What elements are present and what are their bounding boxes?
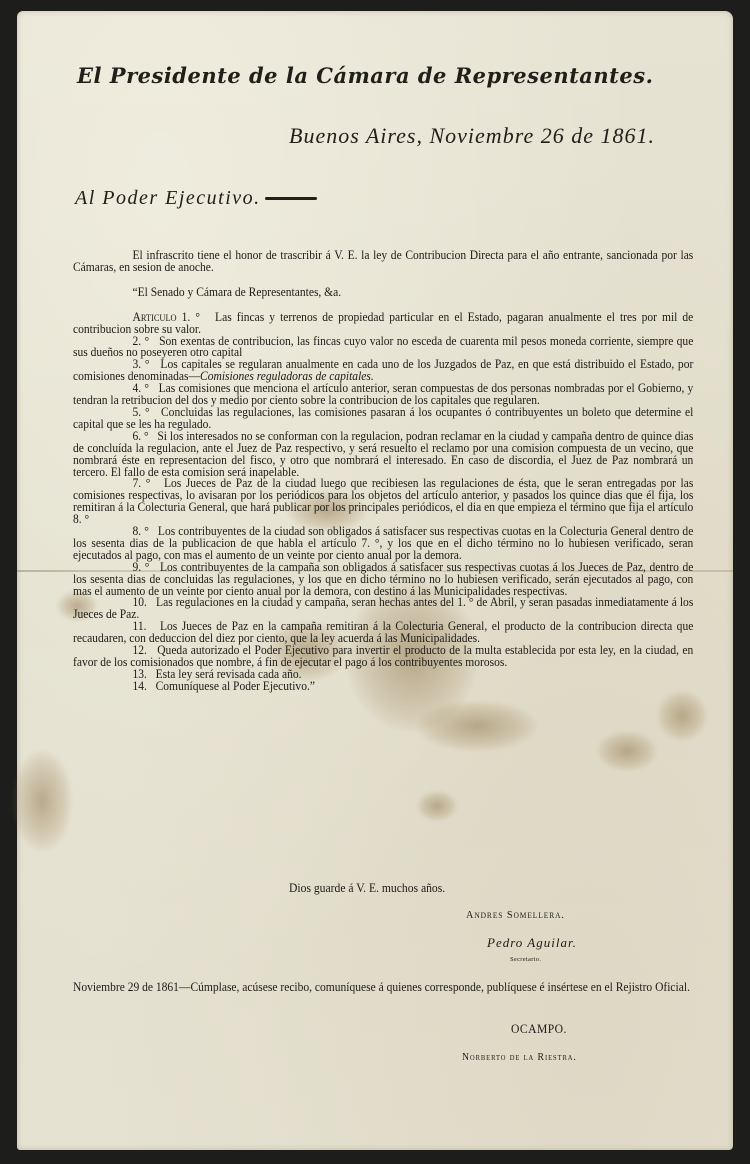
article-11: 11. Los Jueces de Paz en la campaña remi… xyxy=(73,621,693,645)
article-12: 12. Queda autorizado el Poder Ejecutivo … xyxy=(73,645,693,669)
article-5: 5. ° Concluidas las regulaciones, las co… xyxy=(73,407,693,431)
article-text: Si los interesados no se conforman con l… xyxy=(73,429,693,479)
article-text: Concluidas las regulaciones, las comisio… xyxy=(73,405,693,431)
article-14: 14. Comuníquese al Poder Ejecutivo.” xyxy=(73,681,693,693)
signature-governor: OCAMPO. xyxy=(511,1022,567,1037)
preamble: “El Senado y Cámara de Representantes, &… xyxy=(73,287,693,299)
signature-president: Andres Somellera. xyxy=(466,909,565,921)
signature-minister: Norberto de la Riestra. xyxy=(462,1052,577,1063)
article-text: Los capitales se regularan anualmente en… xyxy=(73,357,693,383)
article-text: Las regulaciones en la ciudad y campaña,… xyxy=(73,595,693,621)
article-3: 3. ° Los capitales se regularan anualmen… xyxy=(73,359,693,383)
article-text: Comuníquese al Poder Ejecutivo.” xyxy=(156,679,315,693)
article-text: Los contribuyentes de la ciudad son obli… xyxy=(73,524,693,562)
decree-paragraph: Noviembre 29 de 1861—Cúmplase, acúsese r… xyxy=(73,981,693,993)
article-10: 10. Las regulaciones en la ciudad y camp… xyxy=(73,597,693,621)
article-number: 14. xyxy=(133,679,147,693)
article-text: Las comisiones que menciona el artículo … xyxy=(73,381,693,407)
document-page: El Presidente de la Cámara de Representa… xyxy=(17,11,733,1150)
article-8: 8. ° Los contribuyentes de la ciudad son… xyxy=(73,526,693,562)
article-7: 7. ° Los Jueces de Paz de la ciudad lueg… xyxy=(73,478,693,526)
closing-salutation: Dios guarde á V. E. muchos años. xyxy=(289,881,445,896)
document-content: El Presidente de la Cámara de Representa… xyxy=(17,11,733,1150)
article-text: Los Jueces de Paz en la campaña remitira… xyxy=(73,619,693,645)
place-and-date: Buenos Aires, Noviembre 26 de 1861. xyxy=(289,123,655,149)
signature-secretary: Pedro Aguilar. xyxy=(487,935,577,951)
article-4: 4. ° Las comisiones que menciona el artí… xyxy=(73,383,693,407)
article-1: Articulo 1. ° Las fincas y terrenos de p… xyxy=(73,312,693,336)
secretary-title: Secretario. xyxy=(510,956,541,963)
article-text: Queda autorizado el Poder Ejecutivo para… xyxy=(73,643,693,669)
article-text: Los Jueces de Paz de la ciudad luego que… xyxy=(73,476,693,526)
article-text: Son exentas de contribucion, las fincas … xyxy=(73,334,693,360)
article-text: Los contribuyentes de la campaña son obl… xyxy=(73,560,693,598)
article-2: 2. ° Son exentas de contribucion, las fi… xyxy=(73,336,693,360)
document-heading: El Presidente de la Cámara de Representa… xyxy=(77,63,653,88)
addressee: Al Poder Ejecutivo. xyxy=(75,187,317,210)
intro-paragraph: El infrascrito tiene el honor de trascri… xyxy=(73,250,693,274)
decree-text: Noviembre 29 de 1861—Cúmplase, acúsese r… xyxy=(73,981,693,993)
document-body: El infrascrito tiene el honor de trascri… xyxy=(73,250,693,693)
article-9: 9. ° Los contribuyentes de la campaña so… xyxy=(73,562,693,598)
article-6: 6. ° Si los interesados no se conforman … xyxy=(73,431,693,479)
